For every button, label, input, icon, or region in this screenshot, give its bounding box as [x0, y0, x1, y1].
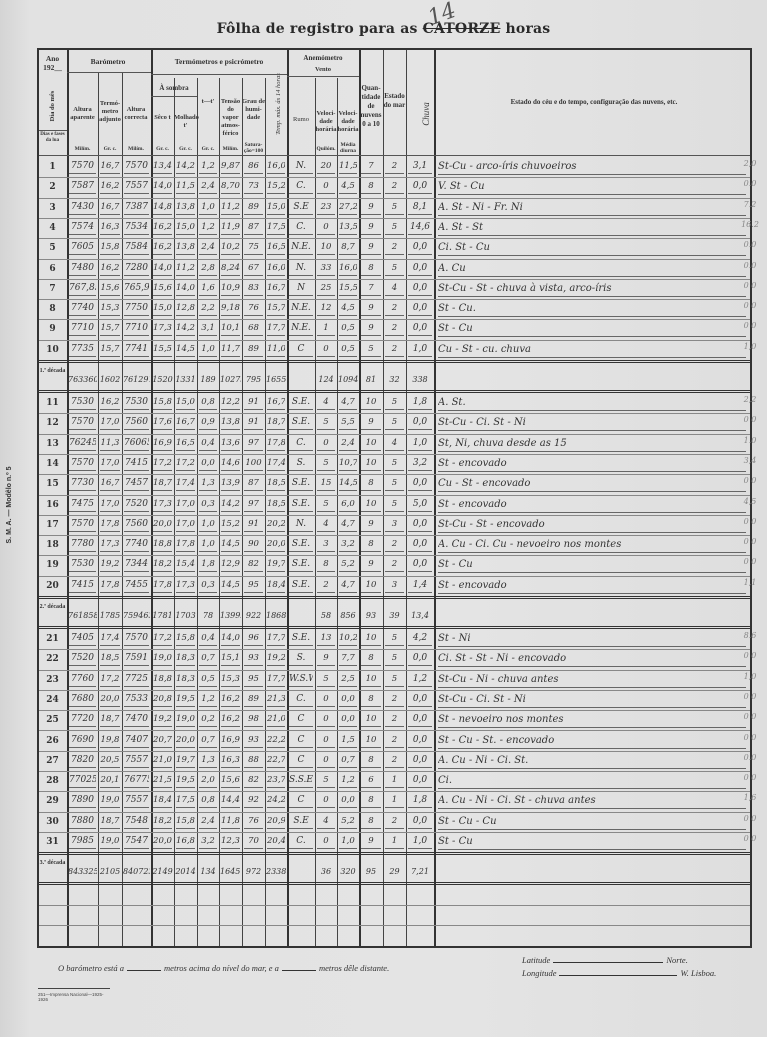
cell-alt_ap[interactable]: 7735: [69, 343, 96, 357]
cell-tensao[interactable]: 15,35: [221, 673, 240, 687]
cell-chuva[interactable]: 0,0: [408, 538, 432, 552]
cell-alt_ap[interactable]: 7890: [69, 794, 96, 808]
cell-rot[interactable]: 15,2: [267, 180, 285, 194]
cell-alt_ap[interactable]: 7605: [69, 241, 96, 255]
cell-alt_ap[interactable]: 76245: [69, 437, 96, 451]
cell-seco[interactable]: 15,5: [153, 343, 172, 357]
cell-nuvens[interactable]: 10: [361, 457, 381, 471]
cell-tensao[interactable]: 8,70: [221, 180, 240, 194]
cell-grau[interactable]: 87: [244, 477, 263, 491]
cell-rumo[interactable]: C.: [289, 221, 313, 235]
sky-description[interactable]: A. Cu - Ni - Ci. St.: [438, 754, 746, 769]
cell-alt_corr[interactable]: 7710: [124, 322, 149, 336]
cell-chuva[interactable]: 0,0: [408, 754, 432, 768]
cell-mar[interactable]: 5: [385, 457, 404, 471]
cell-molhado[interactable]: 14,2: [176, 322, 195, 336]
cell-vel[interactable]: 0: [317, 437, 335, 451]
cell-media[interactable]: 4,5: [339, 180, 357, 194]
cell-diff[interactable]: 0,3: [199, 579, 217, 593]
cell-seco[interactable]: 14,0: [153, 262, 172, 276]
cell-alt_ap[interactable]: 7985: [69, 835, 96, 849]
cell-alt_corr[interactable]: 7750: [124, 302, 149, 316]
cell-rumo[interactable]: S.E: [289, 201, 313, 215]
cell-term[interactable]: 17,0: [100, 457, 120, 471]
cell-mar[interactable]: 2: [385, 558, 404, 572]
sky-description[interactable]: A. Cu - Ni - Ci. St - chuva antes: [438, 794, 746, 809]
cell-vel[interactable]: 0: [317, 734, 335, 748]
cell-media[interactable]: 16,0: [339, 262, 357, 276]
cell-media[interactable]: 11,5: [339, 160, 357, 174]
decada-term[interactable]: 1602: [99, 373, 121, 386]
cell-diff[interactable]: 2,4: [199, 241, 217, 255]
decada-diff[interactable]: 78: [198, 609, 218, 622]
cell-media[interactable]: 0,7: [339, 754, 357, 768]
cell-chuva[interactable]: 1,2: [408, 673, 432, 687]
decada-chuva[interactable]: 13,4: [407, 609, 433, 622]
cell-rot[interactable]: 18,5: [267, 498, 285, 512]
sky-description[interactable]: Ci. St - St - Ni - encovado: [438, 652, 746, 667]
decada-grau[interactable]: 795: [243, 373, 264, 386]
cell-nuvens[interactable]: 10: [361, 713, 381, 727]
decada-mar[interactable]: 29: [384, 865, 405, 878]
cell-vel[interactable]: 2: [317, 579, 335, 593]
cell-chuva[interactable]: 8,1: [408, 201, 432, 215]
cell-molhado[interactable]: 15,8: [176, 632, 195, 646]
cell-rumo[interactable]: S.E.: [289, 558, 313, 572]
cell-rot[interactable]: 16,7: [267, 396, 285, 410]
cell-grau[interactable]: 89: [244, 343, 263, 357]
cell-grau[interactable]: 98: [244, 713, 263, 727]
cell-alt_corr[interactable]: 7741: [124, 343, 149, 357]
cell-mar[interactable]: 2: [385, 322, 404, 336]
cell-rumo[interactable]: N.: [289, 262, 313, 276]
cell-nuvens[interactable]: 9: [361, 322, 381, 336]
cell-chuva[interactable]: 0,0: [408, 518, 432, 532]
cell-media[interactable]: 0,0: [339, 713, 357, 727]
cell-mar[interactable]: 2: [385, 713, 404, 727]
cell-molhado[interactable]: 18,3: [176, 673, 195, 687]
cell-term[interactable]: 16,7: [100, 201, 120, 215]
cell-alt_corr[interactable]: 7415: [124, 457, 149, 471]
cell-term[interactable]: 17,3: [100, 538, 120, 552]
cell-seco[interactable]: 19,0: [153, 652, 172, 666]
decada-nuvens[interactable]: 81: [360, 373, 382, 386]
cell-chuva[interactable]: 0,0: [408, 693, 432, 707]
cell-molhado[interactable]: 17,2: [176, 457, 195, 471]
decada-alt_ap[interactable]: 843325: [68, 865, 97, 878]
decada-term[interactable]: 2105: [99, 865, 121, 878]
cell-rumo[interactable]: N.E.: [289, 322, 313, 336]
cell-seco[interactable]: 15,6: [153, 282, 172, 296]
cell-molhado[interactable]: 11,2: [176, 262, 195, 276]
cell-rumo[interactable]: S.E.: [289, 498, 313, 512]
cell-mar[interactable]: 5: [385, 498, 404, 512]
cell-molhado[interactable]: 17,0: [176, 498, 195, 512]
cell-media[interactable]: 1,2: [339, 774, 357, 788]
cell-seco[interactable]: 18,8: [153, 538, 172, 552]
sky-description[interactable]: V. St - Cu: [438, 180, 746, 195]
cell-tensao[interactable]: 14,51: [221, 579, 240, 593]
cell-diff[interactable]: 2,2: [199, 302, 217, 316]
decada-molhado[interactable]: 1703: [175, 609, 196, 622]
cell-rot[interactable]: 15,0: [267, 201, 285, 215]
cell-alt_corr[interactable]: 7584: [124, 241, 149, 255]
decada-seco[interactable]: 1781: [152, 609, 173, 622]
cell-vel[interactable]: 3: [317, 538, 335, 552]
cell-alt_corr[interactable]: 76065: [124, 437, 149, 451]
cell-rot[interactable]: 21,3: [267, 693, 285, 707]
cell-rot[interactable]: 17,8: [267, 437, 285, 451]
cell-mar[interactable]: 2: [385, 815, 404, 829]
cell-grau[interactable]: 92: [244, 794, 263, 808]
cell-nuvens[interactable]: 10: [361, 579, 381, 593]
cell-diff[interactable]: 0,2: [199, 713, 217, 727]
cell-alt_ap[interactable]: 7730: [69, 477, 96, 491]
cell-rumo[interactable]: S.E.: [289, 579, 313, 593]
cell-term[interactable]: 20,0: [100, 693, 120, 707]
cell-media[interactable]: 5,5: [339, 416, 357, 430]
cell-chuva[interactable]: 0,0: [408, 713, 432, 727]
cell-rot[interactable]: 20,9: [267, 815, 285, 829]
cell-mar[interactable]: 1: [385, 835, 404, 849]
sky-description[interactable]: St - Cu: [438, 558, 746, 573]
cell-nuvens[interactable]: 8: [361, 754, 381, 768]
cell-molhado[interactable]: 15,0: [176, 221, 195, 235]
sky-description[interactable]: St-Cu - Ni - chuva antes: [438, 673, 746, 688]
cell-seco[interactable]: 19,2: [153, 713, 172, 727]
cell-media[interactable]: 3,2: [339, 538, 357, 552]
cell-rot[interactable]: 18,4: [267, 579, 285, 593]
cell-nuvens[interactable]: 9: [361, 241, 381, 255]
cell-grau[interactable]: 75: [244, 241, 263, 255]
cell-diff[interactable]: 0,3: [199, 498, 217, 512]
cell-media[interactable]: 1,0: [339, 835, 357, 849]
cell-diff[interactable]: 1,0: [199, 201, 217, 215]
cell-alt_corr[interactable]: 7557: [124, 794, 149, 808]
cell-media[interactable]: 15,5: [339, 282, 357, 296]
cell-seco[interactable]: 20,7: [153, 734, 172, 748]
sky-description[interactable]: St - Cu.: [438, 302, 746, 317]
cell-alt_corr[interactable]: 7387: [124, 201, 149, 215]
cell-vel[interactable]: 5: [317, 498, 335, 512]
sky-description[interactable]: St - encovado: [438, 579, 746, 594]
cell-term[interactable]: 19,2: [100, 558, 120, 572]
decada-vel[interactable]: 58: [316, 609, 336, 622]
sky-description[interactable]: St - nevoeiro nos montes: [438, 713, 746, 728]
cell-rumo[interactable]: C.: [289, 835, 313, 849]
cell-seco[interactable]: 14,0: [153, 180, 172, 194]
sky-description[interactable]: St, Ni, chuva desde as 15: [438, 437, 746, 452]
cell-diff[interactable]: 0,5: [199, 673, 217, 687]
cell-term[interactable]: 16,2: [100, 262, 120, 276]
cell-molhado[interactable]: 16,8: [176, 835, 195, 849]
cell-vel[interactable]: 5: [317, 673, 335, 687]
cell-alt_corr[interactable]: 7457: [124, 477, 149, 491]
cell-grau[interactable]: 100: [244, 457, 263, 471]
decada-alt_corr[interactable]: 840723: [123, 865, 150, 878]
cell-seco[interactable]: 20,0: [153, 835, 172, 849]
cell-rumo[interactable]: C: [289, 734, 313, 748]
cell-vel[interactable]: 33: [317, 262, 335, 276]
cell-nuvens[interactable]: 10: [361, 498, 381, 512]
cell-media[interactable]: 10,7: [339, 457, 357, 471]
decada-vel[interactable]: 124: [316, 373, 336, 386]
cell-alt_ap[interactable]: 7690: [69, 734, 96, 748]
cell-diff[interactable]: 1,0: [199, 518, 217, 532]
cell-seco[interactable]: 17,2: [153, 632, 172, 646]
cell-seco[interactable]: 15,0: [153, 302, 172, 316]
decada-media[interactable]: 1094: [338, 373, 358, 386]
cell-diff[interactable]: 1,2: [199, 160, 217, 174]
cell-rot[interactable]: 24,2: [267, 794, 285, 808]
cell-term[interactable]: 18,7: [100, 713, 120, 727]
cell-rumo[interactable]: S.: [289, 652, 313, 666]
cell-tensao[interactable]: 9,18: [221, 302, 240, 316]
cell-chuva[interactable]: 4,2: [408, 632, 432, 646]
cell-seco[interactable]: 16,2: [153, 241, 172, 255]
cell-rumo[interactable]: C.: [289, 693, 313, 707]
cell-media[interactable]: 4,5: [339, 302, 357, 316]
cell-alt_corr[interactable]: 765,92: [124, 282, 149, 296]
cell-rot[interactable]: 22,7: [267, 754, 285, 768]
cell-vel[interactable]: 5: [317, 774, 335, 788]
cell-mar[interactable]: 2: [385, 241, 404, 255]
cell-diff[interactable]: 1,0: [199, 538, 217, 552]
cell-molhado[interactable]: 20,0: [176, 734, 195, 748]
cell-grau[interactable]: 95: [244, 673, 263, 687]
cell-tensao[interactable]: 11,2: [221, 201, 240, 215]
decada-seco[interactable]: 2149: [152, 865, 173, 878]
cell-molhado[interactable]: 17,5: [176, 794, 195, 808]
cell-mar[interactable]: 2: [385, 754, 404, 768]
cell-seco[interactable]: 21,5: [153, 774, 172, 788]
cell-mar[interactable]: 2: [385, 734, 404, 748]
cell-seco[interactable]: 21,0: [153, 754, 172, 768]
cell-mar[interactable]: 3: [385, 579, 404, 593]
decada-rot[interactable]: 2338: [266, 865, 286, 878]
decada-molhado[interactable]: 2014: [175, 865, 196, 878]
cell-grau[interactable]: 89: [244, 201, 263, 215]
decada-nuvens[interactable]: 93: [360, 609, 382, 622]
cell-chuva[interactable]: 0,0: [408, 262, 432, 276]
cell-vel[interactable]: 20: [317, 160, 335, 174]
cell-diff[interactable]: 1,3: [199, 754, 217, 768]
cell-term[interactable]: 17,4: [100, 632, 120, 646]
cell-nuvens[interactable]: 5: [361, 343, 381, 357]
cell-alt_ap[interactable]: 7780: [69, 538, 96, 552]
decada-diff[interactable]: 134: [198, 865, 218, 878]
cell-alt_corr[interactable]: 7547: [124, 835, 149, 849]
cell-molhado[interactable]: 19,5: [176, 693, 195, 707]
cell-nuvens[interactable]: 8: [361, 262, 381, 276]
cell-rot[interactable]: 16,0: [267, 160, 285, 174]
cell-alt_ap[interactable]: 7720: [69, 713, 96, 727]
cell-molhado[interactable]: 15,4: [176, 558, 195, 572]
cell-vel[interactable]: 0: [317, 794, 335, 808]
cell-alt_corr[interactable]: 7725: [124, 673, 149, 687]
cell-diff[interactable]: 1,2: [199, 693, 217, 707]
cell-media[interactable]: 13,5: [339, 221, 357, 235]
decada-diff[interactable]: 189: [198, 373, 218, 386]
cell-mar[interactable]: 1: [385, 774, 404, 788]
cell-tensao[interactable]: 11,70: [221, 343, 240, 357]
cell-mar[interactable]: 5: [385, 477, 404, 491]
cell-tensao[interactable]: 11,97: [221, 221, 240, 235]
cell-vel[interactable]: 0: [317, 343, 335, 357]
cell-nuvens[interactable]: 8: [361, 693, 381, 707]
cell-media[interactable]: 2,5: [339, 673, 357, 687]
cell-alt_corr[interactable]: 7280: [124, 262, 149, 276]
cell-seco[interactable]: 18,8: [153, 673, 172, 687]
cell-nuvens[interactable]: 6: [361, 774, 381, 788]
cell-grau[interactable]: 87: [244, 221, 263, 235]
cell-molhado[interactable]: 14,0: [176, 282, 195, 296]
cell-molhado[interactable]: 15,0: [176, 396, 195, 410]
cell-mar[interactable]: 5: [385, 652, 404, 666]
cell-rot[interactable]: 23,7: [267, 774, 285, 788]
cell-vel[interactable]: 15: [317, 477, 335, 491]
cell-chuva[interactable]: 0,0: [408, 322, 432, 336]
cell-media[interactable]: 8,7: [339, 241, 357, 255]
cell-tensao[interactable]: 14,01: [221, 632, 240, 646]
cell-media[interactable]: 27,2: [339, 201, 357, 215]
cell-diff[interactable]: 1,3: [199, 477, 217, 491]
cell-vel[interactable]: 0: [317, 713, 335, 727]
cell-media[interactable]: 7,7: [339, 652, 357, 666]
sky-description[interactable]: A. St - Ni - Fr. Ni: [438, 201, 746, 216]
cell-tensao[interactable]: 12,90: [221, 558, 240, 572]
cell-tensao[interactable]: 12,30: [221, 835, 240, 849]
cell-tensao[interactable]: 14,53: [221, 538, 240, 552]
cell-molhado[interactable]: 11,5: [176, 180, 195, 194]
cell-rot[interactable]: 17,5: [267, 221, 285, 235]
cell-nuvens[interactable]: 9: [361, 518, 381, 532]
cell-diff[interactable]: 1,8: [199, 558, 217, 572]
cell-rot[interactable]: 20,2: [267, 518, 285, 532]
cell-alt_ap[interactable]: 7415: [69, 579, 96, 593]
cell-vel[interactable]: 5: [317, 416, 335, 430]
cell-molhado[interactable]: 17,4: [176, 477, 195, 491]
cell-nuvens[interactable]: 9: [361, 416, 381, 430]
cell-vel[interactable]: 0: [317, 221, 335, 235]
cell-media[interactable]: 5,2: [339, 558, 357, 572]
cell-alt_corr[interactable]: 7534: [124, 221, 149, 235]
sky-description[interactable]: St-Cu - Ci. St - Ni: [438, 693, 746, 708]
cell-term[interactable]: 16,3: [100, 221, 120, 235]
cell-grau[interactable]: 93: [244, 734, 263, 748]
decada-tensao[interactable]: 13992: [220, 609, 241, 622]
cell-alt_ap[interactable]: 7710: [69, 322, 96, 336]
cell-molhado[interactable]: 19,5: [176, 774, 195, 788]
cell-grau[interactable]: 73: [244, 180, 263, 194]
cell-grau[interactable]: 83: [244, 282, 263, 296]
cell-media[interactable]: 4,7: [339, 579, 357, 593]
cell-nuvens[interactable]: 8: [361, 477, 381, 491]
decada-grau[interactable]: 922: [243, 609, 264, 622]
cell-mar[interactable]: 5: [385, 416, 404, 430]
cell-tensao[interactable]: 16,30: [221, 754, 240, 768]
cell-rumo[interactable]: C: [289, 343, 313, 357]
cell-vel[interactable]: 25: [317, 282, 335, 296]
cell-chuva[interactable]: 0,0: [408, 652, 432, 666]
cell-tensao[interactable]: 9,87: [221, 160, 240, 174]
cell-rumo[interactable]: N.: [289, 160, 313, 174]
cell-term[interactable]: 17,0: [100, 498, 120, 512]
cell-chuva[interactable]: 0,0: [408, 558, 432, 572]
cell-alt_ap[interactable]: 7430: [69, 201, 96, 215]
sky-description[interactable]: St-Cu - Ci. St - Ni: [438, 416, 746, 431]
cell-media[interactable]: 0,0: [339, 794, 357, 808]
cell-vel[interactable]: 12: [317, 302, 335, 316]
cell-alt_corr[interactable]: 7557: [124, 180, 149, 194]
cell-alt_corr[interactable]: 7560: [124, 416, 149, 430]
cell-chuva[interactable]: 0,0: [408, 815, 432, 829]
cell-alt_corr[interactable]: 7557: [124, 754, 149, 768]
sky-description[interactable]: Cu - St - cu. chuva: [438, 343, 746, 358]
cell-media[interactable]: 5,2: [339, 815, 357, 829]
cell-nuvens[interactable]: 8: [361, 794, 381, 808]
cell-term[interactable]: 16,7: [100, 160, 120, 174]
cell-molhado[interactable]: 16,7: [176, 416, 195, 430]
cell-grau[interactable]: 86: [244, 160, 263, 174]
cell-nuvens[interactable]: 7: [361, 282, 381, 296]
cell-diff[interactable]: 0,8: [199, 794, 217, 808]
cell-alt_corr[interactable]: 7455: [124, 579, 149, 593]
cell-term[interactable]: 11,3: [100, 437, 120, 451]
cell-diff[interactable]: 3,1: [199, 322, 217, 336]
cell-vel[interactable]: 23: [317, 201, 335, 215]
cell-diff[interactable]: 0,9: [199, 416, 217, 430]
cell-alt_corr[interactable]: 7533: [124, 693, 149, 707]
cell-rumo[interactable]: S.: [289, 457, 313, 471]
cell-alt_ap[interactable]: 7760: [69, 673, 96, 687]
decada-chuva[interactable]: 338: [407, 373, 433, 386]
cell-tensao[interactable]: 14,24: [221, 498, 240, 512]
cell-chuva[interactable]: 0,0: [408, 241, 432, 255]
cell-term[interactable]: 16,2: [100, 180, 120, 194]
cell-rot[interactable]: 11,0: [267, 343, 285, 357]
cell-molhado[interactable]: 12,8: [176, 302, 195, 316]
cell-nuvens[interactable]: 10: [361, 437, 381, 451]
cell-media[interactable]: 0,5: [339, 343, 357, 357]
cell-chuva[interactable]: 5,0: [408, 498, 432, 512]
cell-term[interactable]: 18,7: [100, 815, 120, 829]
cell-rumo[interactable]: C: [289, 713, 313, 727]
cell-chuva[interactable]: 1,0: [408, 437, 432, 451]
sky-description[interactable]: Cu - St - encovado: [438, 477, 746, 492]
cell-diff[interactable]: 1,0: [199, 343, 217, 357]
cell-seco[interactable]: 13,4: [153, 160, 172, 174]
cell-mar[interactable]: 2: [385, 180, 404, 194]
decada-rot[interactable]: 1655: [266, 373, 286, 386]
decada-nuvens[interactable]: 95: [360, 865, 382, 878]
cell-rumo[interactable]: S.E: [289, 815, 313, 829]
cell-media[interactable]: 0,5: [339, 322, 357, 336]
cell-molhado[interactable]: 14,2: [176, 160, 195, 174]
cell-mar[interactable]: 5: [385, 632, 404, 646]
sky-description[interactable]: St - Cu - St. - encovado: [438, 734, 746, 749]
cell-molhado[interactable]: 16,5: [176, 437, 195, 451]
decada-alt_ap[interactable]: 763360: [68, 373, 97, 386]
cell-diff[interactable]: 0,7: [199, 652, 217, 666]
sky-description[interactable]: St - encovado: [438, 498, 746, 513]
cell-nuvens[interactable]: 7: [361, 160, 381, 174]
cell-mar[interactable]: 5: [385, 262, 404, 276]
cell-diff[interactable]: 3,2: [199, 835, 217, 849]
cell-rumo[interactable]: S.E.: [289, 416, 313, 430]
cell-rumo[interactable]: S.E.: [289, 477, 313, 491]
cell-grau[interactable]: 88: [244, 754, 263, 768]
